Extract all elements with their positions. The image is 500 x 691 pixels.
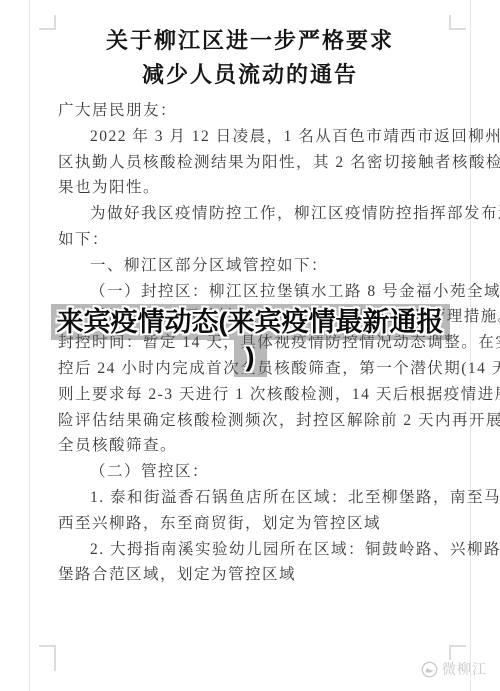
body-line: 堡路合范区域，划定为管控区域 bbox=[58, 562, 458, 588]
overlay-headline-text: 来宾疫情动态(来宾疫情最新通报 bbox=[51, 304, 450, 340]
overlay-headline: 来宾疫情动态(来宾疫情最新通报 ) bbox=[0, 304, 500, 377]
notice-image: 关于柳江区进一步严格要求 减少人员流动的通告 广大居民朋友： 2022 年 3 … bbox=[0, 0, 500, 691]
watermark: 微柳江 bbox=[421, 659, 487, 679]
overlay-headline-line2: ) bbox=[0, 340, 500, 377]
body-line: 果也为阳性。 bbox=[58, 175, 458, 201]
margin-corner-mark bbox=[39, 645, 56, 671]
body-line: 如下： bbox=[58, 227, 458, 253]
body-line: 全员核酸筛查。 bbox=[58, 433, 458, 459]
body-line: 则上要求每 2-3 天进行 1 次核酸检测，14 天后根据疫情进展及风 bbox=[58, 382, 458, 408]
notice-title: 关于柳江区进一步严格要求 减少人员流动的通告 bbox=[0, 24, 500, 92]
body-line: 为做好我区疫情防控工作，柳江区疫情防控指挥部发布通告 bbox=[58, 201, 458, 227]
body-line: （一）封控区：柳江区拉堡镇水工路 8 号金福小苑全域 bbox=[58, 279, 458, 305]
notice-title-line: 关于柳江区进一步严格要求 bbox=[0, 24, 500, 58]
margin-corner-mark bbox=[449, 645, 466, 660]
overlay-headline-paren: ) bbox=[234, 340, 267, 377]
body-line: 西至兴柳路，东至商贸街，划定为管控区域 bbox=[58, 511, 458, 537]
weiliujiang-logo-icon bbox=[421, 661, 438, 678]
body-line: 广大居民朋友： bbox=[58, 98, 458, 124]
notice-title-line: 减少人员流动的通告 bbox=[0, 58, 500, 92]
body-line: 险评估结果确定核酸检测频次，封控区解除前 2 天内再开展一轮 bbox=[58, 408, 458, 434]
body-line: 2022 年 3 月 12 日凌晨，1 名从百色市靖西市返回柳州市柳江 bbox=[58, 124, 458, 150]
body-line: 2. 大拇指南溪实验幼儿园所在区域：铜鼓岭路、兴柳路、柳 bbox=[58, 537, 458, 563]
body-line: 1. 泰和街溢香石锅鱼店所在区域：北至柳堡路，南至马平路， bbox=[58, 485, 458, 511]
overlay-headline-line1: 来宾疫情动态(来宾疫情最新通报 bbox=[0, 304, 500, 340]
body-line: 区执勤人员核酸检测结果为阳性，其 2 名密切接触者核酸检测结 bbox=[58, 150, 458, 176]
body-line: （二）管控区： bbox=[58, 459, 458, 485]
body-line: 一、柳江区部分区域管控如下： bbox=[58, 253, 458, 279]
watermark-label: 微柳江 bbox=[442, 659, 487, 679]
